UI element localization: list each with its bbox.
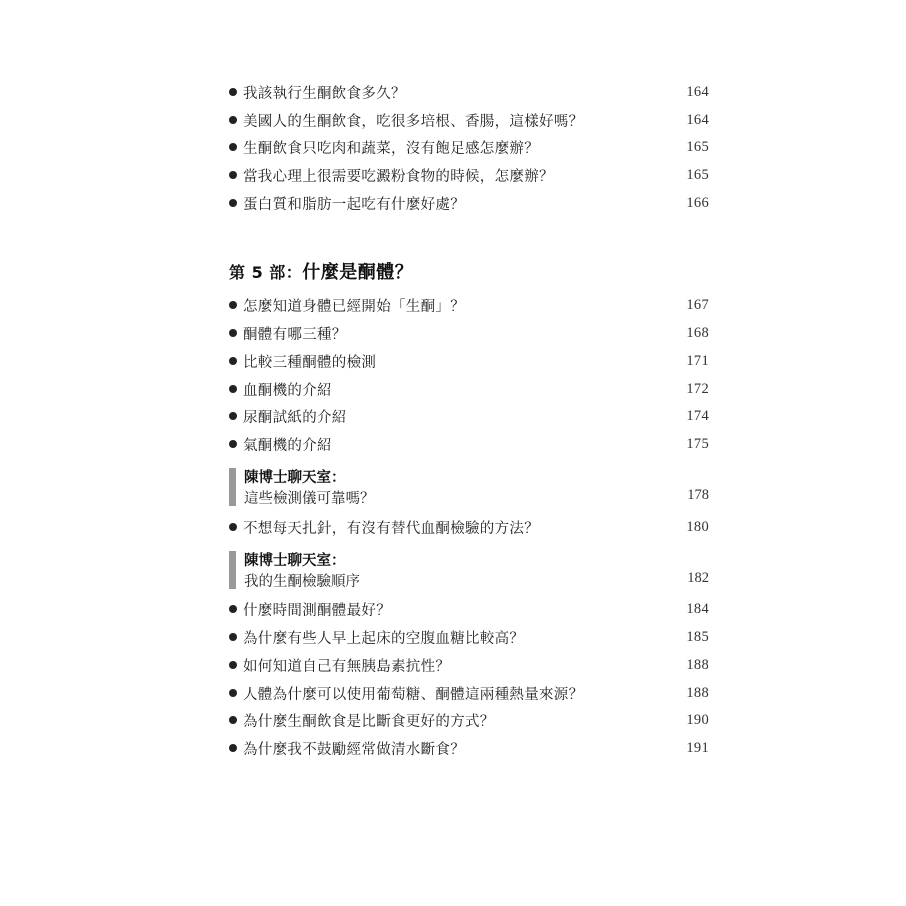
toc-entry[interactable]: 尿酮試紙的介紹 174 bbox=[229, 406, 709, 426]
toc-entry-label: 美國人的生酮飲食，吃很多培根、香腸，這樣好嗎？ bbox=[243, 110, 669, 131]
chat-heading: 陳博士聊天室： bbox=[244, 466, 346, 487]
toc-entry-page: 188 bbox=[669, 657, 709, 674]
toc-entry-label: 酮體有哪三種？ bbox=[243, 323, 669, 344]
toc-entry[interactable]: 蛋白質和脂肪一起吃有什麼好處？ 166 bbox=[229, 193, 709, 213]
toc-entry-page: 174 bbox=[669, 408, 709, 425]
toc-entry-label: 怎麼知道身體已經開始「生酮」？ bbox=[243, 295, 669, 316]
toc-entry-label: 比較三種酮體的檢測 bbox=[243, 351, 669, 372]
bullet-icon bbox=[229, 716, 237, 724]
chat-heading: 陳博士聊天室： bbox=[244, 549, 346, 570]
toc-entry[interactable]: 當我心理上很需要吃澱粉食物的時候，怎麼辦？ 165 bbox=[229, 165, 709, 185]
toc-entry-label: 尿酮試紙的介紹 bbox=[243, 406, 669, 427]
toc-entry-page: 171 bbox=[669, 353, 709, 370]
toc-entry-label: 為什麼生酮飲食是比斷食更好的方式？ bbox=[243, 710, 669, 731]
toc-entry-page: 164 bbox=[669, 112, 709, 129]
toc-entry-page: 178 bbox=[669, 487, 709, 504]
toc-entry[interactable]: 我該執行生酮飲食多久？ 164 bbox=[229, 82, 709, 102]
bullet-icon bbox=[229, 385, 237, 393]
toc-chat-entry[interactable]: 陳博士聊天室： 我的生酮檢驗順序 182 bbox=[229, 549, 709, 589]
toc-entry-label: 血酮機的介紹 bbox=[243, 379, 669, 400]
bullet-icon bbox=[229, 88, 237, 96]
sidebar-bar-icon bbox=[229, 551, 236, 589]
toc-entry[interactable]: 氣酮機的介紹 175 bbox=[229, 434, 709, 454]
toc-entry[interactable]: 不想每天扎針，有沒有替代血酮檢驗的方法？ 180 bbox=[229, 517, 709, 537]
toc-entry[interactable]: 為什麼生酮飲食是比斷食更好的方式？ 190 bbox=[229, 710, 709, 730]
toc-entry[interactable]: 生酮飲食只吃肉和蔬菜，沒有飽足感怎麼辦？ 165 bbox=[229, 137, 709, 157]
bullet-icon bbox=[229, 357, 237, 365]
toc-entry-label: 蛋白質和脂肪一起吃有什麼好處？ bbox=[243, 193, 669, 214]
bullet-icon bbox=[229, 633, 237, 641]
toc-entry[interactable]: 人體為什麼可以使用葡萄糖、酮體這兩種熱量來源？ 188 bbox=[229, 683, 709, 703]
section-number: 第 5 部： bbox=[229, 263, 302, 282]
bullet-icon bbox=[229, 116, 237, 124]
toc-entry-page: 165 bbox=[669, 167, 709, 184]
toc-entry-label: 當我心理上很需要吃澱粉食物的時候，怎麼辦？ bbox=[243, 165, 669, 186]
bullet-icon bbox=[229, 605, 237, 613]
toc-entry-label: 氣酮機的介紹 bbox=[243, 434, 669, 455]
toc-entry-page: 166 bbox=[669, 195, 709, 212]
bullet-icon bbox=[229, 412, 237, 420]
bullet-icon bbox=[229, 301, 237, 309]
chat-title: 我的生酮檢驗順序 bbox=[244, 570, 360, 591]
toc-entry-page: 168 bbox=[669, 325, 709, 342]
bullet-icon bbox=[229, 199, 237, 207]
toc-entry[interactable]: 美國人的生酮飲食，吃很多培根、香腸，這樣好嗎？ 164 bbox=[229, 110, 709, 130]
toc-entry-label: 人體為什麼可以使用葡萄糖、酮體這兩種熱量來源？ bbox=[243, 683, 669, 704]
toc-entry-label: 不想每天扎針，有沒有替代血酮檢驗的方法？ bbox=[243, 517, 669, 538]
toc-entry[interactable]: 血酮機的介紹 172 bbox=[229, 379, 709, 399]
toc-entry[interactable]: 怎麼知道身體已經開始「生酮」？ 167 bbox=[229, 295, 709, 315]
section-title: 什麼是酮體？ bbox=[302, 262, 413, 283]
toc-entry-label: 為什麼我不鼓勵經常做清水斷食？ bbox=[243, 738, 669, 759]
bullet-icon bbox=[229, 744, 237, 752]
toc-entry-page: 188 bbox=[669, 685, 709, 702]
bullet-icon bbox=[229, 689, 237, 697]
toc-entry-page: 191 bbox=[669, 740, 709, 757]
toc-entry-label: 為什麼有些人早上起床的空腹血糖比較高？ bbox=[243, 627, 669, 648]
toc-entry[interactable]: 什麼時間測酮體最好？ 184 bbox=[229, 599, 709, 619]
bullet-icon bbox=[229, 329, 237, 337]
section-heading-part-5: 第 5 部：什麼是酮體？ bbox=[229, 258, 413, 284]
toc-entry-label: 什麼時間測酮體最好？ bbox=[243, 599, 669, 620]
bullet-icon bbox=[229, 661, 237, 669]
toc-entry[interactable]: 如何知道自己有無胰島素抗性？ 188 bbox=[229, 655, 709, 675]
toc-entry-page: 185 bbox=[669, 629, 709, 646]
sidebar-bar-icon bbox=[229, 468, 236, 506]
bullet-icon bbox=[229, 440, 237, 448]
toc-chat-entry[interactable]: 陳博士聊天室： 這些檢測儀可靠嗎？ 178 bbox=[229, 466, 709, 506]
toc-page: 我該執行生酮飲食多久？ 164 美國人的生酮飲食，吃很多培根、香腸，這樣好嗎？ … bbox=[0, 0, 906, 906]
toc-entry-label: 如何知道自己有無胰島素抗性？ bbox=[243, 655, 669, 676]
toc-entry-page: 172 bbox=[669, 381, 709, 398]
toc-entry[interactable]: 為什麼有些人早上起床的空腹血糖比較高？ 185 bbox=[229, 627, 709, 647]
toc-entry-page: 175 bbox=[669, 436, 709, 453]
chat-title: 這些檢測儀可靠嗎？ bbox=[244, 487, 375, 508]
toc-entry-page: 182 bbox=[669, 570, 709, 587]
toc-entry-page: 164 bbox=[669, 84, 709, 101]
toc-entry-page: 190 bbox=[669, 712, 709, 729]
bullet-icon bbox=[229, 171, 237, 179]
toc-entry-page: 165 bbox=[669, 139, 709, 156]
toc-entry-page: 180 bbox=[669, 519, 709, 536]
toc-entry-page: 184 bbox=[669, 601, 709, 618]
toc-entry-label: 生酮飲食只吃肉和蔬菜，沒有飽足感怎麼辦？ bbox=[243, 137, 669, 158]
toc-entry[interactable]: 為什麼我不鼓勵經常做清水斷食？ 191 bbox=[229, 738, 709, 758]
toc-entry-label: 我該執行生酮飲食多久？ bbox=[243, 82, 669, 103]
toc-entry[interactable]: 比較三種酮體的檢測 171 bbox=[229, 351, 709, 371]
toc-entry[interactable]: 酮體有哪三種？ 168 bbox=[229, 323, 709, 343]
bullet-icon bbox=[229, 143, 237, 151]
toc-entry-page: 167 bbox=[669, 297, 709, 314]
bullet-icon bbox=[229, 523, 237, 531]
